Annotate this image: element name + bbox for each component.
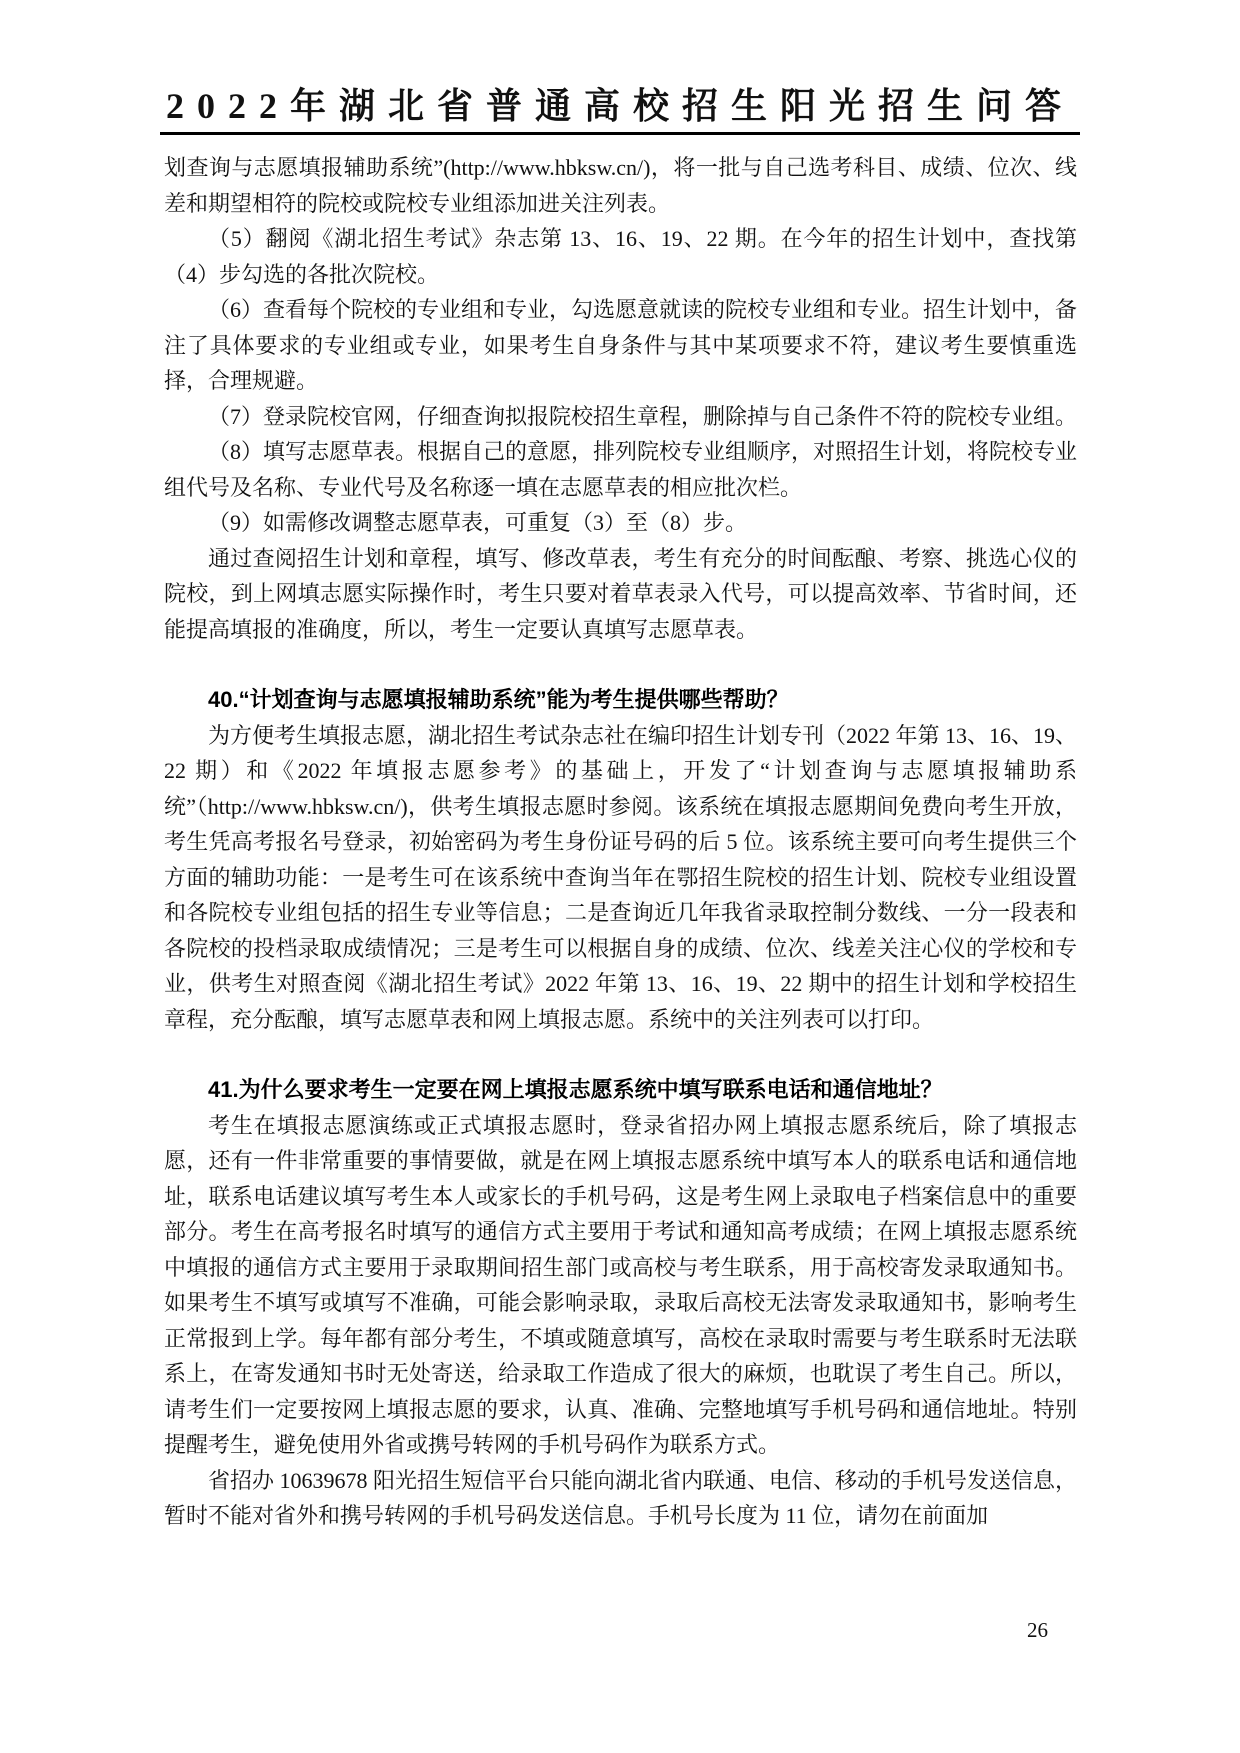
document-body: 划查询与志愿填报辅助系统”(http://www.hbksw.cn/)，将一批与… xyxy=(164,150,1077,1534)
page-title: 2022年湖北省普通高校招生阳光招生问答 xyxy=(160,86,1080,135)
intro-paragraph-step9: （9）如需修改调整志愿草表，可重复（3）至（8）步。 xyxy=(164,505,1077,541)
intro-paragraph-step5: （5）翻阅《湖北招生考试》杂志第 13、16、19、22 期。在今年的招生计划中… xyxy=(164,221,1077,292)
intro-paragraph-continuation: 划查询与志愿填报辅助系统”(http://www.hbksw.cn/)，将一批与… xyxy=(164,150,1077,221)
document-header: 2022年湖北省普通高校招生阳光招生问答 xyxy=(0,86,1240,135)
question-41-heading: 41.为什么要求考生一定要在网上填报志愿系统中填写联系电话和通信地址？ xyxy=(164,1072,1077,1108)
document-page: 2022年湖北省普通高校招生阳光招生问答 划查询与志愿填报辅助系统”(http:… xyxy=(0,0,1240,1753)
question-40-answer: 为方便考生填报志愿，湖北招生考试杂志社在编印招生计划专刊（2022 年第 13、… xyxy=(164,718,1077,1038)
question-41-answer-paragraph-1: 考生在填报志愿演练或正式填报志愿时，登录省招办网上填报志愿系统后，除了填报志愿，… xyxy=(164,1108,1077,1463)
question-41-answer-paragraph-2: 省招办 10639678 阳光招生短信平台只能向湖北省内联通、电信、移动的手机号… xyxy=(164,1463,1077,1534)
intro-paragraph-step8: （8）填写志愿草表。根据自己的意愿，排列院校专业组顺序，对照招生计划，将院校专业… xyxy=(164,434,1077,505)
intro-paragraph-step7: （7）登录院校官网，仔细查询拟报院校招生章程，删除掉与自己条件不符的院校专业组。 xyxy=(164,399,1077,435)
intro-paragraph-summary: 通过查阅招生计划和章程，填写、修改草表，考生有充分的时间酝酿、考察、挑选心仪的院… xyxy=(164,541,1077,648)
question-40-heading: 40.“计划查询与志愿填报辅助系统”能为考生提供哪些帮助？ xyxy=(164,682,1077,718)
intro-paragraph-step6: （6）查看每个院校的专业组和专业，勾选愿意就读的院校专业组和专业。招生计划中，备… xyxy=(164,292,1077,399)
page-number: 26 xyxy=(1027,1618,1048,1643)
